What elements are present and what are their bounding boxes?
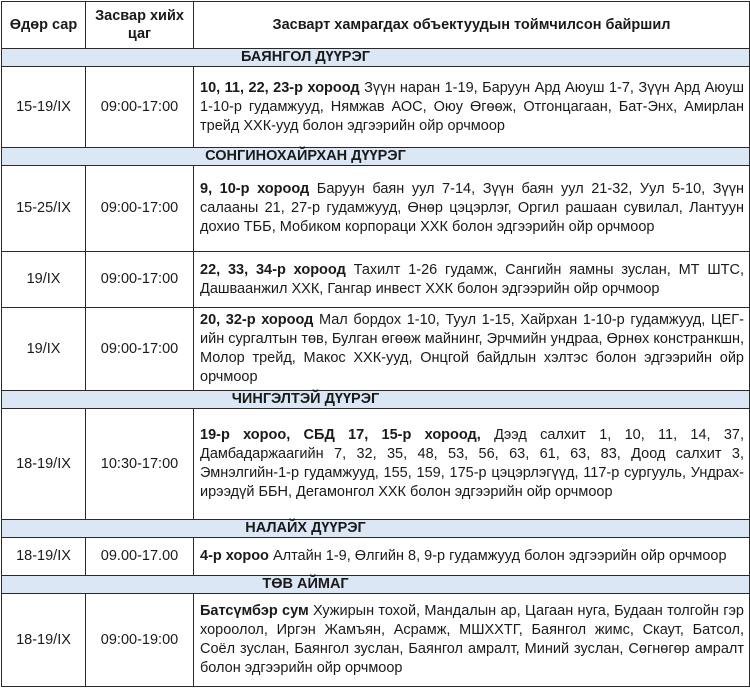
section-title: ТӨВ АЙМАГ: [262, 576, 348, 593]
table-row: 19/IX 09:00-17:00 20, 32-р хороод Мал бо…: [2, 308, 750, 391]
location-heading: 10, 11, 22, 23-р хороод: [200, 80, 360, 96]
date-cell: 18-19/IX: [2, 594, 86, 687]
time-cell: 09:00-17:00: [86, 166, 194, 252]
section-title: ЧИНГЭЛТЭЙ ДҮҮРЭГ: [232, 391, 380, 408]
table-header-row: Өдөр сар Засвар хийх цаг Засварт хамрагд…: [2, 2, 750, 49]
header-time: Засвар хийх цаг: [86, 2, 194, 49]
table-row: 15-19/IX 09:00-17:00 10, 11, 22, 23-р хо…: [2, 67, 750, 148]
location-cell: 9, 10-р хороод Баруун баян уул 7-14, Зүү…: [194, 166, 750, 252]
section-band: БАЯНГОЛ ДҮҮРЭГ: [2, 49, 750, 67]
time-cell: 09:00-19:00: [86, 594, 194, 687]
date-cell: 18-19/IX: [2, 409, 86, 520]
date-cell: 19/IX: [2, 252, 86, 308]
section-title: БАЯНГОЛ ДҮҮРЭГ: [241, 49, 370, 66]
table-row: 18-19/IX 10:30-17:00 19-р хороо, СБД 17,…: [2, 409, 750, 520]
section-band: ЧИНГЭЛТЭЙ ДҮҮРЭГ: [2, 391, 750, 409]
date-cell: 15-25/IX: [2, 166, 86, 252]
location-heading: 20, 32-р хороод: [200, 312, 313, 328]
maintenance-schedule-table: Өдөр сар Засвар хийх цаг Засварт хамрагд…: [1, 1, 750, 687]
date-cell: 19/IX: [2, 308, 86, 391]
location-heading: Батсүмбэр сум: [200, 603, 309, 619]
location-cell: 4-р хороо Алтайн 1-9, Өлгийн 8, 9-р гуда…: [194, 538, 750, 576]
time-cell: 10:30-17:00: [86, 409, 194, 520]
section-band: НАЛАЙХ ДҮҮРЭГ: [2, 520, 750, 538]
location-cell: 19-р хороо, СБД 17, 15-р хороод, Дээд са…: [194, 409, 750, 520]
time-cell: 09:00-17:00: [86, 308, 194, 391]
location-cell: 22, 33, 34-р хороод Тахилт 1-26 гудамж, …: [194, 252, 750, 308]
section-band: ТӨВ АЙМАГ: [2, 576, 750, 594]
location-cell: Батсүмбэр сум Хужирын тохой, Мандалын ар…: [194, 594, 750, 687]
location-cell: 10, 11, 22, 23-р хороод Зүүн наран 1-19,…: [194, 67, 750, 148]
location-text: Алтайн 1-9, Өлгийн 8, 9-р гудамжууд боло…: [269, 548, 727, 564]
time-cell: 09:00-17:00: [86, 252, 194, 308]
location-heading: 22, 33, 34-р хороод: [200, 262, 346, 278]
location-heading: 9, 10-р хороод: [200, 181, 309, 197]
date-cell: 18-19/IX: [2, 538, 86, 576]
table-row: 18-19/IX 09:00-19:00 Батсүмбэр сум Хужир…: [2, 594, 750, 687]
table-row: 15-25/IX 09:00-17:00 9, 10-р хороод Бару…: [2, 166, 750, 252]
section-band: СОНГИНОХАЙРХАН ДҮҮРЭГ: [2, 148, 750, 166]
header-location: Засварт хамрагдах объектуудын тоймчилсон…: [194, 2, 750, 49]
section-title: НАЛАЙХ ДҮҮРЭГ: [245, 520, 366, 537]
table-row: 19/IX 09:00-17:00 22, 33, 34-р хороод Та…: [2, 252, 750, 308]
section-title: СОНГИНОХАЙРХАН ДҮҮРЭГ: [205, 148, 406, 165]
date-cell: 15-19/IX: [2, 67, 86, 148]
time-cell: 09:00-17:00: [86, 67, 194, 148]
location-cell: 20, 32-р хороод Мал бордох 1-10, Туул 1-…: [194, 308, 750, 391]
table-row: 18-19/IX 09.00-17.00 4-р хороо Алтайн 1-…: [2, 538, 750, 576]
location-heading: 19-р хороо, СБД 17, 15-р хороод,: [200, 427, 481, 443]
header-date: Өдөр сар: [2, 2, 86, 49]
location-heading: 4-р хороо: [200, 548, 269, 564]
time-cell: 09.00-17.00: [86, 538, 194, 576]
